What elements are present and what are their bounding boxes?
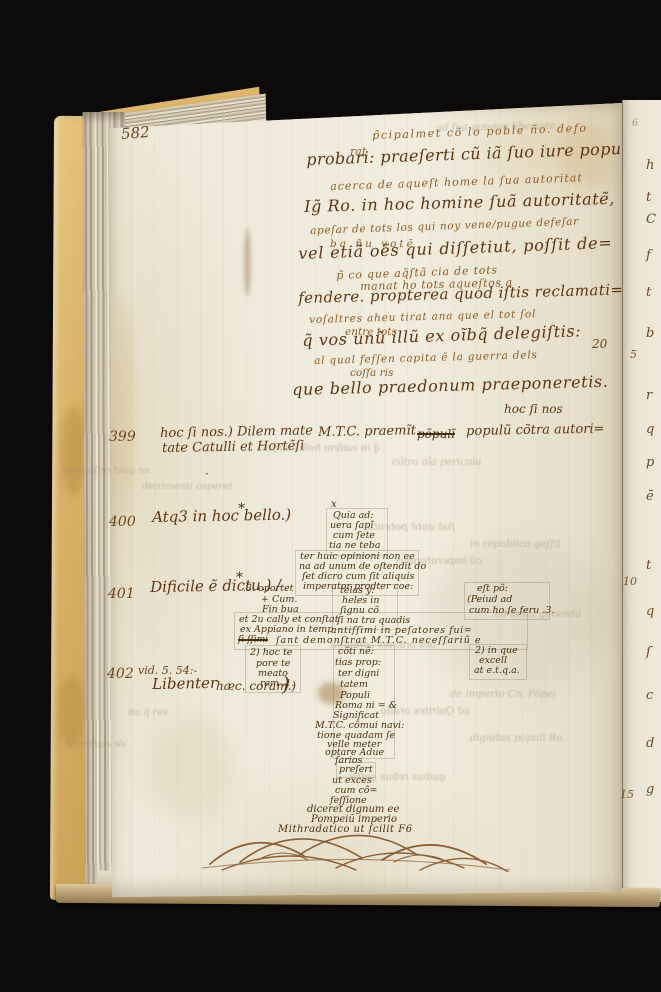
quire-mark: 6 — [632, 118, 638, 129]
facing-line-number: 15 — [620, 788, 634, 801]
manuscript-line: · — [205, 468, 209, 480]
manuscript-line: * — [238, 502, 245, 516]
manuscript-line: que bello praedonum praeponeretis. — [292, 374, 609, 398]
manuscript-line: ſuā autē potentiā — [364, 522, 455, 533]
manuscript-photograph: 582 p̃cipalmet cõ lo poble ño. deforatpr… — [0, 0, 661, 992]
manuscript-line: al qual feſſen capita ẽ la guerra dels — [314, 350, 538, 366]
manuscript-line: oēs ordines cõſentiũt — [329, 641, 436, 651]
manuscript-line: cũ imperatoribus — [395, 557, 482, 567]
manuscript-line: .3. oportet — [243, 584, 293, 594]
manuscript-line: põpulĩ — [417, 428, 455, 440]
manuscript-line: quibus rebus geſtis — [349, 773, 446, 783]
facing-text-fragment: ſ — [646, 645, 651, 660]
facing-text-fragment: t — [646, 558, 651, 573]
manuscript-line: ſi ſſimi — [238, 636, 268, 645]
facing-line-number: 10 — [623, 575, 637, 588]
facing-text-fragment: q — [646, 422, 654, 437]
facing-text-fragment: ē — [646, 489, 654, 504]
facing-text-fragment: p — [646, 455, 654, 470]
manuscript-line: 399 — [109, 430, 136, 444]
manuscript-line: 2) hoc te — [250, 648, 292, 658]
manuscript-line: tias prop: — [335, 658, 381, 668]
facing-text-fragment: b — [646, 326, 654, 341]
manuscript-line: ex Appiano in temp — [240, 625, 333, 635]
facing-text-fragment: c — [646, 688, 653, 703]
manuscript-line: x — [331, 500, 337, 510]
manuscript-line: 400 — [109, 515, 136, 529]
manuscript-line: tatem — [340, 680, 368, 690]
manuscript-line: tia ne teba — [329, 541, 381, 551]
manuscript-line: ad Quirites oratio — [380, 707, 470, 717]
manuscript-line: dignitas populi Ro. — [470, 734, 565, 744]
manuscript-line: acerca de aqueſt home la ſua autoritat — [330, 172, 583, 192]
manuscript-line: apeſar de tots los qui noy vene/pugue de… — [310, 217, 579, 237]
manuscript-line: (Peiud ad — [467, 595, 512, 605]
facing-text-fragment: h — [646, 158, 654, 173]
manuscript-line: eſt põ: — [477, 584, 508, 594]
facing-text-fragment: C — [646, 212, 656, 227]
manuscript-line: Mithradatico ut ſcilit F6 — [278, 825, 413, 835]
manuscript-line: ne quid reſpublica — [62, 466, 150, 476]
manuscript-line: 20 — [592, 338, 607, 350]
facing-text-fragment: t — [646, 285, 651, 300]
manuscript-line: 401 — [108, 587, 135, 601]
manuscript-line: ter digni — [338, 669, 379, 679]
manuscript-line: Ig̃ Ro. in hoc homine ſuã autoritatẽ, — [304, 191, 615, 215]
manuscript-line: q̃ in eadem hoĩes ad ſe — [266, 444, 380, 454]
manuscript-line: 402 — [107, 667, 134, 681]
facing-text-fragment: g — [646, 782, 654, 797]
manuscript-line: q̃ vos unũ illũ ex oĩbq̃ delegiſtis: — [302, 323, 581, 349]
manuscript-line: at e.t.q.a. — [474, 666, 520, 676]
manuscript-line: populũ cõtra autori= — [466, 423, 605, 438]
manuscript-line: ita q̃ res — [128, 708, 168, 718]
handwriting-layer: p̃cipalmet cõ lo poble ño. deforatprobar… — [0, 0, 622, 992]
manuscript-line: * — [236, 571, 243, 585]
manuscript-line: Libenter — [152, 676, 217, 692]
facing-text-fragment: q — [646, 604, 654, 619]
facing-text-fragment: t — [646, 190, 651, 205]
manuscript-line: hoc ſi nos — [504, 403, 563, 415]
manuscript-line: Atq3 in hoc bello.) — [152, 508, 291, 525]
manuscript-line: ad bellũ gerendũ — [495, 610, 581, 620]
manuscript-line: ad ſua quoque libertate — [436, 122, 555, 134]
facing-text-fragment: d — [646, 736, 654, 751]
manuscript-line: antiſſimi in peſatores fui= — [331, 626, 472, 636]
manuscript-line: rem .1. — [260, 679, 294, 689]
manuscript-line: fendere. propterea quod iſtis reclamati= — [298, 282, 622, 306]
facing-text-fragment: r — [646, 388, 652, 403]
manuscript-line: de eadem re — [66, 740, 126, 750]
manuscript-line: de imperio Cn. Põpei — [450, 690, 556, 700]
manuscript-line: detrimenti caperet — [142, 482, 232, 492]
facing-text-fragment: f — [646, 248, 651, 263]
manuscript-line: in republica geſſit — [470, 540, 561, 550]
manuscript-line: hoc ſi nos.) Dilem mate — [160, 424, 313, 440]
manuscript-line: M.T.C. praemĩt — [318, 424, 416, 439]
manuscript-line: cõtra oĩa pericula — [392, 458, 481, 468]
facing-line-number: 5 — [630, 348, 637, 361]
